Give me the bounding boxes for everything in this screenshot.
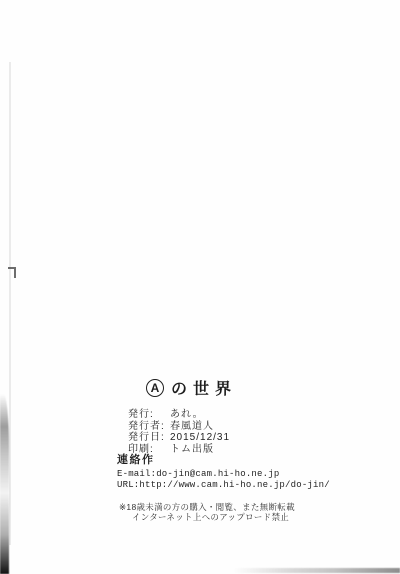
colophon-row-author: 発行者: 春風道人 [128,421,230,433]
colophon-value: あれ。 [170,409,204,421]
contact-url: URL:http://www.cam.hi-ho.ne.jp/do-jin/ [117,480,330,491]
scan-edge-line [9,62,11,545]
scan-shadow-bottom-left [0,394,9,574]
page-title-text: の世界 [171,376,237,399]
colophon-label: 発行者: [128,421,170,433]
colophon-block: 発行: あれ。 発行者: 春風道人 発行日: 2015/12/31 印刷: トム… [128,409,230,455]
colophon-row-date: 発行日: 2015/12/31 [128,432,230,444]
notice-line-2: インターネット上へのアップロード禁止 [132,512,295,522]
colophon-row-publisher: 発行: あれ。 [128,409,230,421]
scan-smudge-bottom-right [233,568,400,573]
notice-block: ※18歳未満の方の購入・閲覧、また無断転載 インターネット上へのアップロード禁止 [119,502,295,522]
colophon-label: 発行: [128,409,170,421]
colophon-label: 発行日: [128,432,170,444]
scan-artifact-mark [8,267,16,278]
colophon-value: 春風道人 [170,421,214,433]
contact-email: E-mail:do-jin@cam.hi-ho.ne.jp [117,469,330,480]
contact-block: 連絡作 E-mail:do-jin@cam.hi-ho.ne.jp URL:ht… [117,451,330,490]
contact-heading: 連絡作 [117,451,330,467]
page-title: A の世界 [146,376,237,399]
colophon-value: 2015/12/31 [170,432,230,444]
scanned-colophon-page: A の世界 発行: あれ。 発行者: 春風道人 発行日: 2015/12/31 … [0,0,400,574]
circled-a-icon: A [146,379,164,397]
notice-line-1: ※18歳未満の方の購入・閲覧、また無断転載 [119,502,295,512]
